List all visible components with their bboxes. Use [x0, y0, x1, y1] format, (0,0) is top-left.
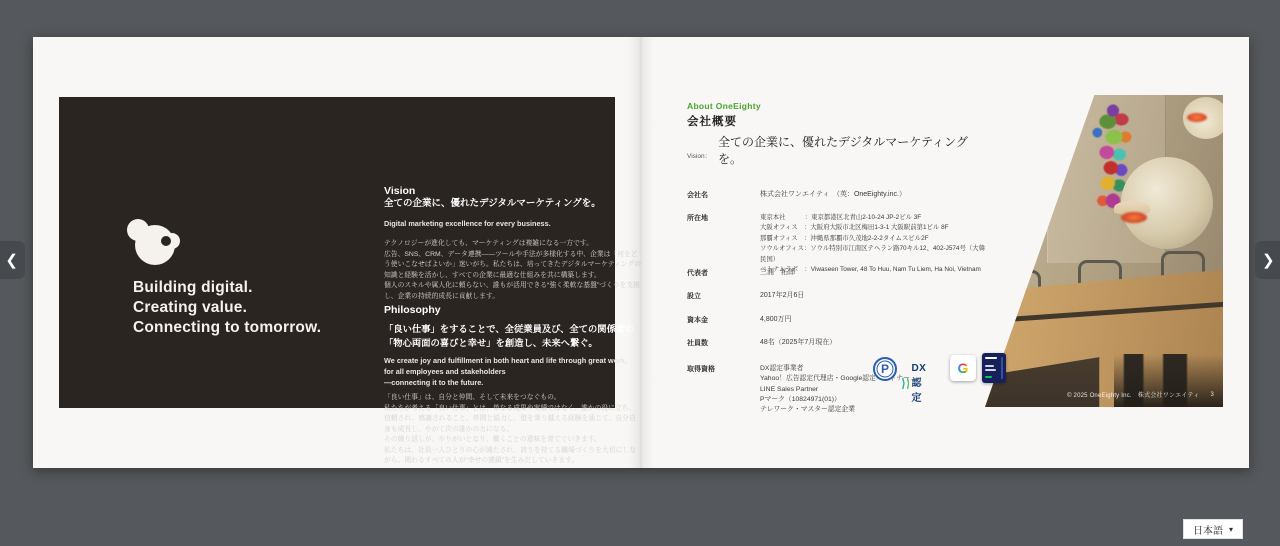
vision-subline: Digital marketing excellence for every b…	[384, 219, 642, 230]
vision-heading: Vision	[384, 185, 415, 197]
document-viewer: ❮ ❯ Building digital. Creating value. Co…	[0, 0, 1280, 546]
oneeighty-logo-icon	[125, 215, 235, 277]
philosophy-subline: We create joy and fulfillment in both he…	[384, 356, 642, 389]
brand-tagline: Building digital. Creating value. Connec…	[133, 278, 321, 337]
row-value: 三浦 拓郎	[760, 268, 795, 279]
section-label: About OneEighty	[687, 101, 761, 111]
vision-headline: 全ての企業に、優れたデジタルマーケティングを。	[384, 197, 642, 211]
prev-page-button[interactable]: ❮	[0, 241, 25, 279]
row-label: 社員数	[687, 338, 760, 349]
dx-badge-label: DX認定	[911, 363, 930, 404]
dx-chevron-icon	[902, 378, 905, 389]
google-g-icon: G	[958, 360, 969, 376]
row-value: 4,800万円	[760, 315, 792, 326]
row-label: 代表者	[687, 268, 760, 279]
vision-statement: 全ての企業に、優れたデジタルマーケティングを。	[718, 134, 970, 169]
row-value: 株式会社ワンエイティ （英：OneEighty.inc.）	[760, 190, 906, 201]
office-photo: © 2025 OneEighty Inc. 株式会社ワンエイティ 3	[985, 95, 1223, 407]
line-partner-badge-icon	[982, 353, 1006, 383]
chevron-down-icon: ▾	[1229, 525, 1233, 534]
row-label: 会社名	[687, 190, 760, 201]
tagline-line-1: Building digital.	[133, 278, 321, 298]
tagline-line-3: Connecting to tomorrow.	[133, 318, 321, 338]
page-seam	[628, 37, 654, 468]
row-label: 取得資格	[687, 364, 760, 416]
photo-lamp-glow	[1121, 212, 1147, 223]
table-row: 所在地 東京本社 ：東京都港区北青山2-10-24 JP-2ビル 3F 大阪オフ…	[687, 213, 987, 275]
table-row: 会社名 株式会社ワンエイティ （英：OneEighty.inc.）	[687, 190, 906, 201]
table-row: 代表者 三浦 拓郎	[687, 268, 795, 279]
philosophy-body: 「良い仕事」は、自分と仲間、そして未来をつなぐもの。 私たちが考える「良い仕事」…	[384, 393, 642, 467]
philosophy-heading: Philosophy	[384, 304, 441, 316]
copyright-text: © 2025 OneEighty Inc. 株式会社ワンエイティ	[1067, 390, 1199, 399]
pmark-badge-icon: P	[873, 357, 897, 381]
brand-panel: Building digital. Creating value. Connec…	[59, 97, 615, 408]
table-row: 社員数 48名（2025年7月現在）	[687, 338, 836, 349]
chevron-right-icon: ❯	[1262, 253, 1275, 268]
dx-chevron-icon	[907, 378, 910, 389]
table-row: 設立 2017年2月6日	[687, 291, 804, 302]
google-partner-badge-icon: G	[950, 355, 976, 381]
page-title: 会社概要	[687, 113, 737, 129]
table-row: 資本金 4,800万円	[687, 315, 792, 326]
page-number: 3	[1210, 392, 1214, 398]
language-select[interactable]: 日本語 ▾	[1183, 519, 1243, 539]
page-footer: © 2025 OneEighty Inc. 株式会社ワンエイティ 3	[1067, 390, 1214, 399]
row-value: 48名（2025年7月現在）	[760, 338, 836, 349]
row-value: 2017年2月6日	[760, 291, 804, 302]
vision-label: Vision：	[687, 151, 711, 160]
row-label: 所在地	[687, 213, 760, 275]
photo-lamp-glow	[1187, 113, 1207, 122]
next-page-button[interactable]: ❯	[1255, 241, 1280, 279]
tagline-line-2: Creating value.	[133, 298, 321, 318]
row-label: 設立	[687, 291, 760, 302]
photo-foreground-chairs	[1114, 354, 1223, 407]
chevron-left-icon: ❮	[5, 253, 18, 268]
book-spread: Building digital. Creating value. Connec…	[33, 37, 1249, 468]
row-label: 資本金	[687, 315, 760, 326]
dx-certified-badge-icon: DX認定	[902, 363, 931, 404]
language-select-value: 日本語	[1193, 522, 1223, 537]
vision-body: テクノロジーが進化しても、マーケティングは複雑になる一方です。 広告、SNS、C…	[384, 239, 642, 302]
philosophy-headline: 「良い仕事」をすることで、全従業員及び、全ての関係者の「物心両面の喜びと幸せ」を…	[384, 323, 642, 351]
row-value: 東京本社 ：東京都港区北青山2-10-24 JP-2ビル 3F 大阪オフィス ：…	[760, 213, 987, 275]
